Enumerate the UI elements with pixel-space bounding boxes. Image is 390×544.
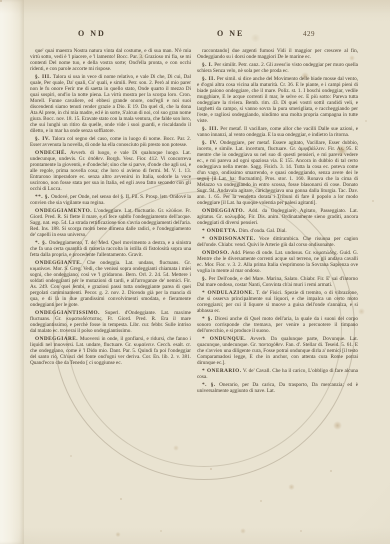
dictionary-entry: ONDEGGIATO. Add. da Ondeggiare; Agitato,… xyxy=(197,208,358,226)
dictionary-entry: §. Per Dell'onde, e del Mare. Marina, Sa… xyxy=(197,276,358,288)
entry-text: que' quai maestra Nostra natura vinta da… xyxy=(30,48,191,72)
paper-speckles xyxy=(0,0,2,2)
entry-text: Ondeggiamento, T. de' Med. Quel moviment… xyxy=(30,240,191,258)
dictionary-entry: §. IV. Ondeggiare, per metaf. Essere agi… xyxy=(197,140,358,206)
entry-text: Dim. d'onda. Gal. Dial. xyxy=(238,228,287,234)
entry-text: Avverb. di luogo, e vale Di qualunque lu… xyxy=(30,150,191,192)
entry-text: Dicesi anche di Quel moto dell'aria, la … xyxy=(197,316,358,334)
dictionary-entry: ONDEGGIANTE. Che ondeggia. Lat. undans, … xyxy=(30,260,191,308)
dictionary-entry: * ONERARIO. V. de' Cavall. Che ha il car… xyxy=(197,368,358,380)
dictionary-entry: ONDOSO. Add. Pieno di onde. Lat. undosus… xyxy=(197,250,358,274)
dictionary-entry: ONDECHÉ. Avverb. di luogo, e vale Di qua… xyxy=(30,150,191,192)
dictionary-entry: ONDEGGIARE. Muoversi in onde, il gonfiar… xyxy=(30,336,191,366)
fox-spot xyxy=(115,532,121,537)
dictionary-entry: * ONDULAZIONE. T. de' Fisici. Spezie di … xyxy=(197,290,358,314)
entry-text: Che ondeggia. Lat. undans, fluctuans. Gr… xyxy=(30,260,191,308)
entry-text: Ondové, per Onde, nel senso del §. II. F… xyxy=(30,194,191,206)
entry-text: Per Dell'onde, e del Mare. Marina, Salat… xyxy=(197,276,358,288)
page-top-edge xyxy=(0,0,390,14)
dictionary-entry: §. III. Per metaf. Il vacillare, come al… xyxy=(197,126,358,138)
dictionary-entry: * ONDISONANTE. Voce dittirambica. Che ri… xyxy=(197,236,358,248)
fox-spot xyxy=(288,484,295,490)
dictionary-entry: §. I. Per similit. Petr. canz. 2. Gli av… xyxy=(197,62,358,74)
dictionary-entry: *. §. Ondeggiamento, T. de' Med. Quel mo… xyxy=(30,240,191,258)
entry-text: Talora si usa in vece di nome relativo, … xyxy=(30,74,191,134)
dictionary-entry: ONDEGGIAMENTO. L'ondeggiare. Lat. fluctu… xyxy=(30,208,191,238)
book-page-scan: O ND O NE 429 que' quai maestra Nostra n… xyxy=(0,0,390,544)
dictionary-entry: §. IV. Talora col segno del caso, come i… xyxy=(30,136,191,148)
dictionary-entry: raccontando] due argenti fumosi Vidi il … xyxy=(197,48,358,60)
entry-text: Per similit. Petr. canz. 2. Gli avess'io… xyxy=(197,62,358,74)
dictionary-entry: que' quai maestra Nostra natura vinta da… xyxy=(30,48,191,72)
text-column-left: que' quai maestra Nostra natura vinta da… xyxy=(30,48,191,440)
entry-text: raccontando] due argenti fumosi Vidi il … xyxy=(197,48,358,60)
dictionary-entry: * ONDUNQUE. Avverb. Da qualunque parte, … xyxy=(197,336,358,366)
entry-headword: * ONDETTA. xyxy=(202,228,238,234)
page-number: 429 xyxy=(303,30,315,38)
entry-text: Ondeggiare, per metaf. Essere agitato, V… xyxy=(197,140,358,206)
dictionary-entry: * §. Dicesi anche di Quel moto dell'aria… xyxy=(197,316,358,334)
dictionary-entry: **. §. Ondové, per Onde, nel senso del §… xyxy=(30,194,191,206)
text-column-right: raccontando] due argenti fumosi Vidi il … xyxy=(197,48,358,440)
entry-text: Per metaf. Il vacillare, come allor che … xyxy=(197,126,358,138)
running-header-left: O ND xyxy=(78,29,106,38)
fox-spot xyxy=(250,34,261,42)
entry-text: Per simil. si dice anche del Movimento d… xyxy=(197,76,358,124)
fox-spot xyxy=(173,445,179,451)
fox-spot xyxy=(240,528,246,534)
page-left-edge xyxy=(0,0,24,544)
dictionary-entry: §. II. Per simil. si dice anche del Movi… xyxy=(197,76,358,124)
dictionary-entry: *. §. Onerario, per Da carica, Da traspo… xyxy=(197,382,358,394)
entry-headword: * ONERARIO. xyxy=(202,368,242,374)
entry-text: Onerario, per Da carica, Da trasporto, D… xyxy=(197,382,358,394)
dictionary-entry: §. III. Talora si usa in vece di nome re… xyxy=(30,74,191,134)
running-header-right: O NE xyxy=(217,29,244,38)
dictionary-entry: ONDEGGIANTISSIMO. Superl. d'Ondeggiante.… xyxy=(30,310,191,334)
fox-spot xyxy=(358,308,365,315)
entry-text: Talora col segno del caso, come in luogo… xyxy=(30,136,191,148)
dictionary-entry: * ONDETTA. Dim. d'onda. Gal. Dial. xyxy=(197,228,358,234)
